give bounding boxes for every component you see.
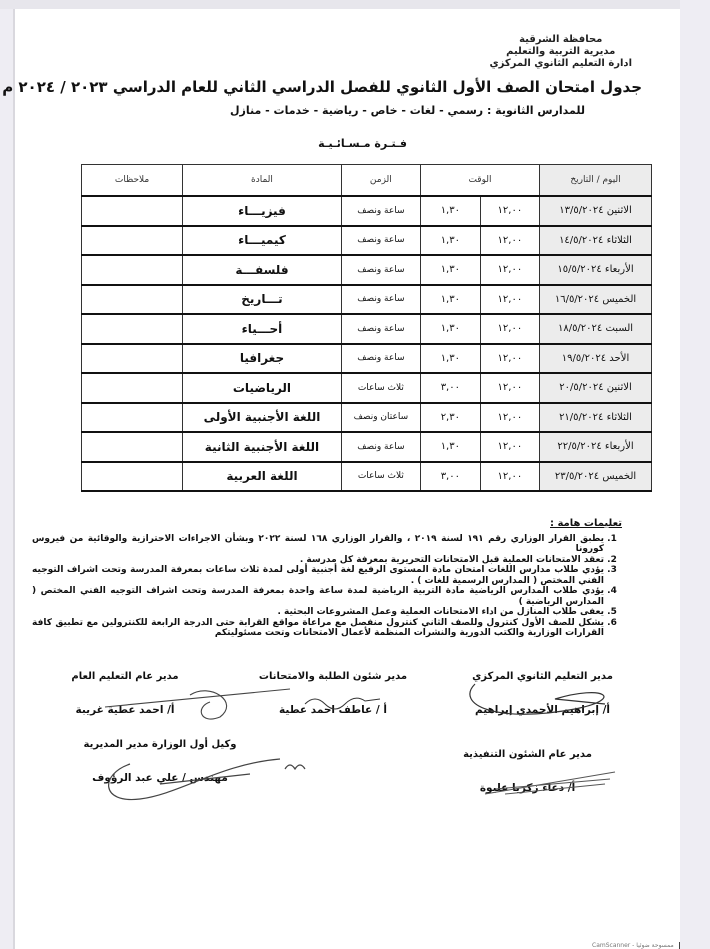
cell-end-time: ١,٣٠ xyxy=(420,196,480,226)
table-row: الاثنين ١٣/٥/٢٠٢٤ ١٢,٠٠ ١,٣٠ ساعة ونصف ف… xyxy=(82,196,652,226)
header-date: اليوم / التاريخ xyxy=(540,165,652,197)
table-row: الأربعاء ١٥/٥/٢٠٢٤ ١٢,٠٠ ١,٣٠ ساعة ونصف … xyxy=(82,255,652,285)
cell-end-time: ١,٣٠ xyxy=(420,314,480,344)
cell-end-time: ٣,٠٠ xyxy=(420,373,480,403)
cell-subject: تـــاريخ xyxy=(183,285,342,315)
cell-start-time: ١٢,٠٠ xyxy=(480,196,539,226)
instruction-item: يشكل للصف الأول كنترول وللصف الثاني كنتر… xyxy=(32,618,604,639)
instruction-item: يؤدي طلاب المدارس الرياضية مادة التربية … xyxy=(32,586,604,607)
cell-date: الخميس ٢٣/٥/٢٠٢٤ xyxy=(540,462,652,492)
cell-notes xyxy=(82,462,183,492)
cell-start-time: ١٢,٠٠ xyxy=(480,314,539,344)
cell-start-time: ١٢,٠٠ xyxy=(480,373,539,403)
signature-role: مدير عام التعليم العام xyxy=(50,671,200,682)
cell-end-time: ١,٣٠ xyxy=(420,432,480,462)
cell-notes xyxy=(82,285,183,315)
signature-secondary-education-director: مدير التعليم الثانوي المركزي أ/ إبراهيم … xyxy=(455,671,630,716)
cell-duration: ساعتان ونصف xyxy=(341,403,420,433)
table-row: الأربعاء ٢٢/٥/٢٠٢٤ ١٢,٠٠ ١,٣٠ ساعة ونصف … xyxy=(82,432,652,462)
cell-start-time: ١٢,٠٠ xyxy=(480,462,539,492)
cell-subject: فلسفـــة xyxy=(183,255,342,285)
cell-start-time: ١٢,٠٠ xyxy=(480,285,539,315)
header-time: الوقت xyxy=(420,165,539,197)
cell-notes xyxy=(82,314,183,344)
instruction-item: يؤدي طلاب مدارس اللغات امتحان مادة المست… xyxy=(32,565,604,586)
cell-end-time: ١,٣٠ xyxy=(420,255,480,285)
table-row: الخميس ٢٣/٥/٢٠٢٤ ١٢,٠٠ ٣,٠٠ ثلاث ساعات ا… xyxy=(82,462,652,492)
signature-general-education-director: مدير عام التعليم العام أ/ احمد عطية غريب… xyxy=(50,671,200,716)
cell-start-time: ١٢,٠٠ xyxy=(480,344,539,374)
cell-subject: جغرافيا xyxy=(183,344,342,374)
header-subject: المادة xyxy=(183,165,342,197)
scanned-document-page: محافظة الشرقية مديرية التربية والتعليم ا… xyxy=(15,9,680,949)
cell-date: الثلاثاء ١٤/٥/٢٠٢٤ xyxy=(540,226,652,256)
cell-notes xyxy=(82,403,183,433)
instruction-item: يعفى طلاب المنازل من اداء الامتحانات الع… xyxy=(32,607,604,618)
cell-duration: ساعة ونصف xyxy=(341,226,420,256)
table-row: الخميس ١٦/٥/٢٠٢٤ ١٢,٠٠ ١,٣٠ ساعة ونصف تـ… xyxy=(82,285,652,315)
cell-date: الأحد ١٩/٥/٢٠٢٤ xyxy=(540,344,652,374)
table-row: الاثنين ٢٠/٥/٢٠٢٤ ١٢,٠٠ ٣,٠٠ ثلاث ساعات … xyxy=(82,373,652,403)
table-row: السبت ١٨/٥/٢٠٢٤ ١٢,٠٠ ١,٣٠ ساعة ونصف أحـ… xyxy=(82,314,652,344)
cell-start-time: ١٢,٠٠ xyxy=(480,255,539,285)
header-line-governorate: محافظة الشرقية xyxy=(489,34,632,46)
signature-student-affairs-director: مدير شئون الطلبة والامتحانات أ / عاطف اح… xyxy=(248,671,418,716)
cell-subject: كيميـــاء xyxy=(183,226,342,256)
table-row: الثلاثاء ٢١/٥/٢٠٢٤ ١٢,٠٠ ٢,٣٠ ساعتان ونص… xyxy=(82,403,652,433)
signature-role: وكيل أول الوزارة مدير المديرية xyxy=(70,739,250,750)
cell-subject: اللغة العربية xyxy=(183,462,342,492)
signature-executive-affairs-director: مدير عام الشئون التنفيذية أ/ دعاء زكريا … xyxy=(445,749,610,794)
cell-end-time: ١,٣٠ xyxy=(420,344,480,374)
scanner-watermark: CamScanner - ممسوحة ضوئيا بـ xyxy=(592,942,680,949)
cell-duration: ثلاث ساعات xyxy=(341,373,420,403)
viewer-top-bar xyxy=(0,0,710,9)
cell-date: الأربعاء ٢٢/٥/٢٠٢٤ xyxy=(540,432,652,462)
document-title: جدول امتحان الصف الأول الثانوي للفصل الد… xyxy=(42,78,642,96)
cell-duration: ساعة ونصف xyxy=(341,196,420,226)
header-line-administration: ادارة التعليم الثانوي المركزي xyxy=(489,58,632,70)
instruction-item: تعقد الامتحانات العملية قبل الامتحانات ا… xyxy=(32,555,604,566)
cell-date: الاثنين ٢٠/٥/٢٠٢٤ xyxy=(540,373,652,403)
instructions-list: يطبق القرار الوزاري رقم ١٩١ لسنة ٢٠١٩ ، … xyxy=(32,534,622,639)
cell-notes xyxy=(82,196,183,226)
cell-subject: اللغة الأجنبية الثانية xyxy=(183,432,342,462)
instructions-section: تعليمات هامة : يطبق القرار الوزاري رقم ١… xyxy=(32,519,622,639)
cell-date: الاثنين ١٣/٥/٢٠٢٤ xyxy=(540,196,652,226)
signature-name: أ/ إبراهيم الأحمدي إبراهيم xyxy=(455,704,630,716)
cell-start-time: ١٢,٠٠ xyxy=(480,226,539,256)
cell-duration: ثلاث ساعات xyxy=(341,462,420,492)
cell-end-time: ٣,٠٠ xyxy=(420,462,480,492)
cell-duration: ساعة ونصف xyxy=(341,255,420,285)
viewer-right-margin xyxy=(680,0,710,949)
cell-start-time: ١٢,٠٠ xyxy=(480,432,539,462)
cell-duration: ساعة ونصف xyxy=(341,344,420,374)
cell-subject: أحـــياء xyxy=(183,314,342,344)
cell-duration: ساعة ونصف xyxy=(341,314,420,344)
document-subtitle: للمدارس الثانوية : رسمي - لغات - خاص - ر… xyxy=(15,104,680,117)
cell-date: السبت ١٨/٥/٢٠٢٤ xyxy=(540,314,652,344)
instructions-heading: تعليمات هامة : xyxy=(32,519,622,530)
cell-start-time: ١٢,٠٠ xyxy=(480,403,539,433)
cell-notes xyxy=(82,373,183,403)
issuing-authority-header: محافظة الشرقية مديرية التربية والتعليم ا… xyxy=(489,34,632,70)
signature-name: مهندس / علي عبد الرؤوف xyxy=(70,772,250,784)
header-duration: الزمن xyxy=(341,165,420,197)
table-header-row: اليوم / التاريخ الوقت الزمن المادة ملاحظ… xyxy=(82,165,652,197)
signature-name: أ/ احمد عطية غريبة xyxy=(50,704,200,716)
signature-role: مدير عام الشئون التنفيذية xyxy=(445,749,610,760)
exam-schedule-table: اليوم / التاريخ الوقت الزمن المادة ملاحظ… xyxy=(81,164,652,492)
cell-notes xyxy=(82,226,183,256)
cell-date: الثلاثاء ٢١/٥/٢٠٢٤ xyxy=(540,403,652,433)
table-row: الثلاثاء ١٤/٥/٢٠٢٤ ١٢,٠٠ ١,٣٠ ساعة ونصف … xyxy=(82,226,652,256)
signature-name: أ / عاطف احمد عطية xyxy=(248,704,418,716)
header-line-directorate: مديرية التربية والتعليم xyxy=(489,46,632,58)
signature-role: مدير شئون الطلبة والامتحانات xyxy=(248,671,418,682)
cell-subject: اللغة الأجنبية الأولى xyxy=(183,403,342,433)
cell-date: الأربعاء ١٥/٥/٢٠٢٤ xyxy=(540,255,652,285)
cell-notes xyxy=(82,255,183,285)
signature-undersecretary: وكيل أول الوزارة مدير المديرية مهندس / ع… xyxy=(70,739,250,784)
header-notes: ملاحظات xyxy=(82,165,183,197)
cell-end-time: ٢,٣٠ xyxy=(420,403,480,433)
instruction-item: يطبق القرار الوزاري رقم ١٩١ لسنة ٢٠١٩ ، … xyxy=(32,534,604,555)
cell-end-time: ١,٣٠ xyxy=(420,285,480,315)
table-row: الأحد ١٩/٥/٢٠٢٤ ١٢,٠٠ ١,٣٠ ساعة ونصف جغر… xyxy=(82,344,652,374)
signature-role: مدير التعليم الثانوي المركزي xyxy=(455,671,630,682)
cell-notes xyxy=(82,432,183,462)
cell-date: الخميس ١٦/٥/٢٠٢٤ xyxy=(540,285,652,315)
signature-name: أ/ دعاء زكريا عليوة xyxy=(445,782,610,794)
exam-period-label: فـتـرة مـسـائـيـة xyxy=(15,137,680,150)
cell-end-time: ١,٣٠ xyxy=(420,226,480,256)
cell-notes xyxy=(82,344,183,374)
cell-subject: فيزيـــاء xyxy=(183,196,342,226)
cell-subject: الرياضيات xyxy=(183,373,342,403)
cell-duration: ساعة ونصف xyxy=(341,285,420,315)
cell-duration: ساعة ونصف xyxy=(341,432,420,462)
